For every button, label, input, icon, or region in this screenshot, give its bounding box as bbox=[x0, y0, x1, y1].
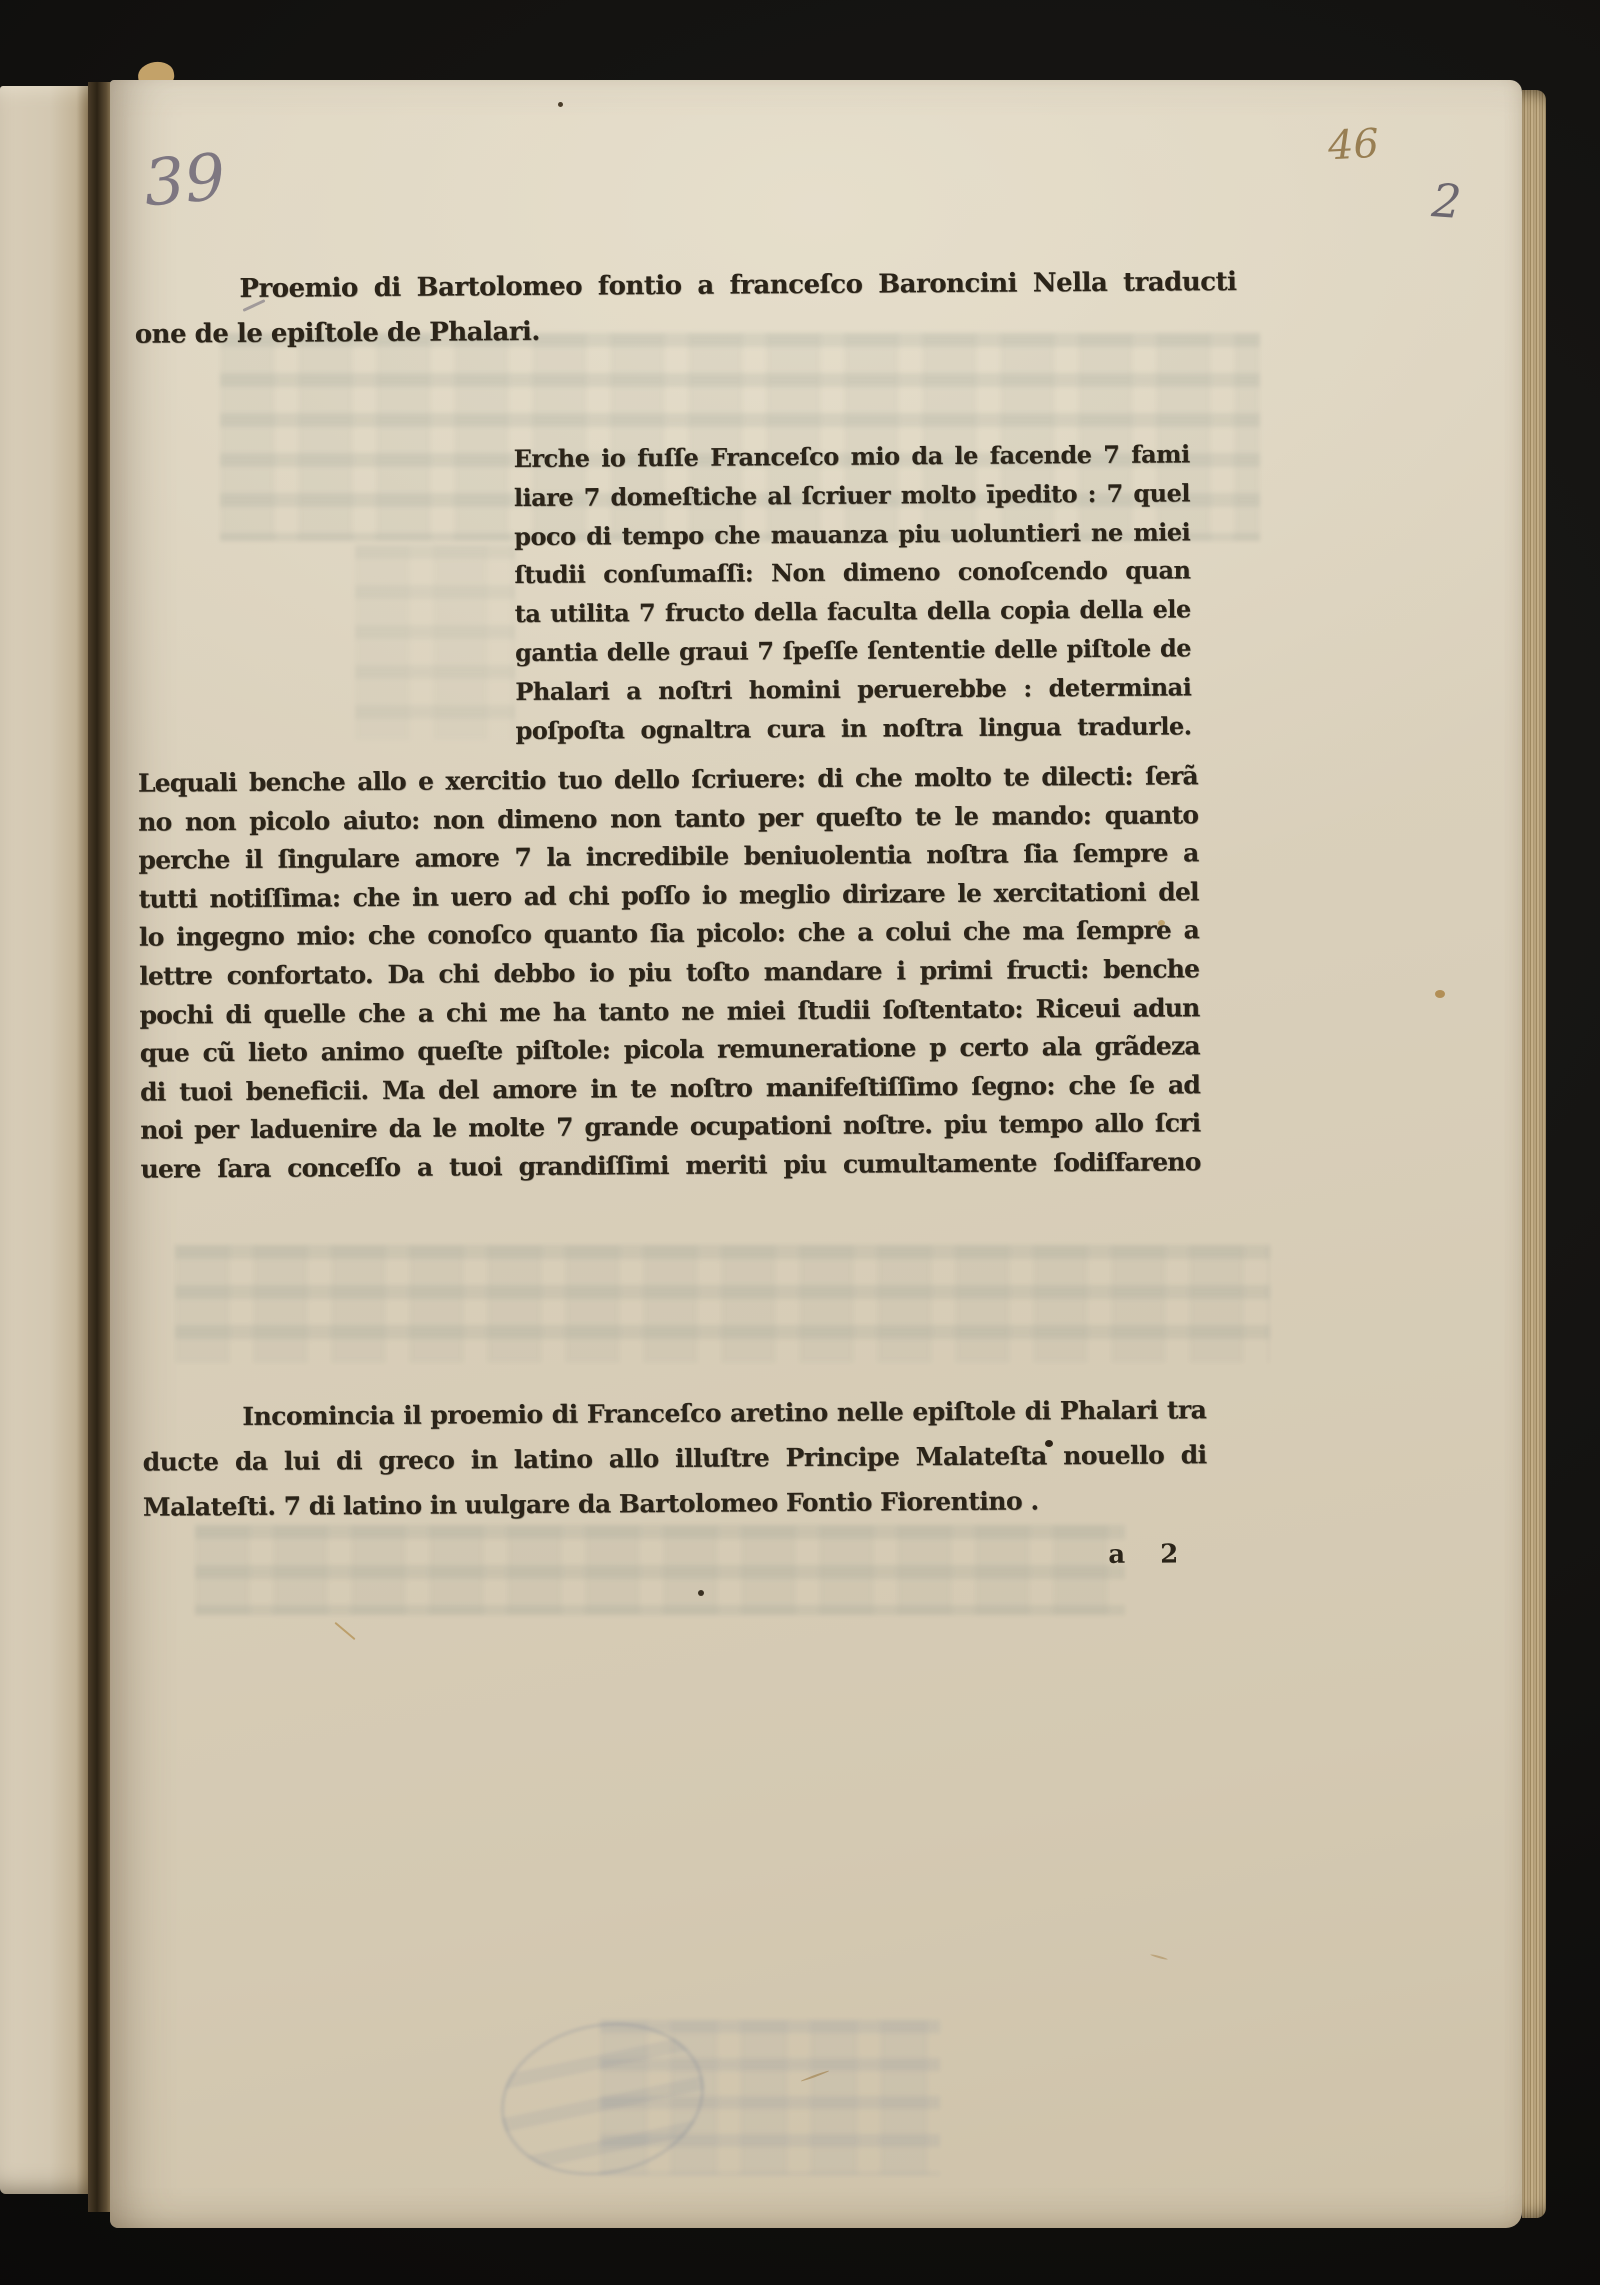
book-page: 39 46 2 Proemio di Bartolomeo fontio a f… bbox=[110, 80, 1522, 2228]
printed-line: ducte da lui di greco in latino allo ill… bbox=[142, 1432, 1206, 1484]
printed-line: lettre confortato. Da chi debbo io piu t… bbox=[139, 950, 1199, 996]
incipit-paragraph: Incomincia il proemio di Franceſco areti… bbox=[142, 1387, 1207, 1529]
photograph-background: 39 46 2 Proemio di Bartolomeo fontio a f… bbox=[0, 0, 1600, 2285]
printed-line: gantia delle graui 7 ſpeſſe ſententie de… bbox=[515, 629, 1191, 673]
heading-line: Proemio di Bartolomeo fontio a franceſco… bbox=[134, 260, 1236, 313]
previous-page-edge bbox=[0, 86, 90, 2194]
printed-line: liare 7 domeſtiche al ſcriuer molto īped… bbox=[514, 474, 1190, 518]
printed-line: Incomincia il proemio di Franceſco areti… bbox=[142, 1387, 1206, 1439]
printed-line: ta utilita 7 fructo della faculta della … bbox=[515, 591, 1191, 635]
heading-line: one de le epiſtole de Phalari. bbox=[135, 305, 1237, 358]
page-block-fore-edge bbox=[1522, 90, 1546, 2218]
printed-line: poco di tempo che mauanza piu uoluntieri… bbox=[514, 513, 1190, 557]
proemio-paragraph: Erche io fuſſe Franceſco mio da le facen… bbox=[514, 435, 1192, 750]
printed-line: Erche io fuſſe Franceſco mio da le facen… bbox=[514, 435, 1190, 479]
printed-line: poſpoſta ognaltra cura in noſtra lingua … bbox=[515, 707, 1191, 751]
printed-line: Malateſti. 7 di latino in uulgare da Bar… bbox=[143, 1477, 1207, 1529]
printed-line: Phalari a noſtri homini peruerebbe : det… bbox=[515, 668, 1191, 712]
body-paragraph: Lequali benche allo e xercitio tuo dello… bbox=[138, 757, 1201, 1189]
heading-block: Proemio di Bartolomeo fontio a franceſco… bbox=[134, 260, 1237, 358]
printed-line: ſtudii conſumaſſi: Non dimeno conoſcendo… bbox=[514, 552, 1190, 596]
printed-text-layer: Proemio di Bartolomeo fontio a franceſco… bbox=[103, 75, 1530, 2233]
printed-line: uere ſara conceſſo a tuoi grandiſſimi me… bbox=[140, 1143, 1200, 1189]
quire-signature-mark: a 2 bbox=[1108, 1539, 1178, 1569]
